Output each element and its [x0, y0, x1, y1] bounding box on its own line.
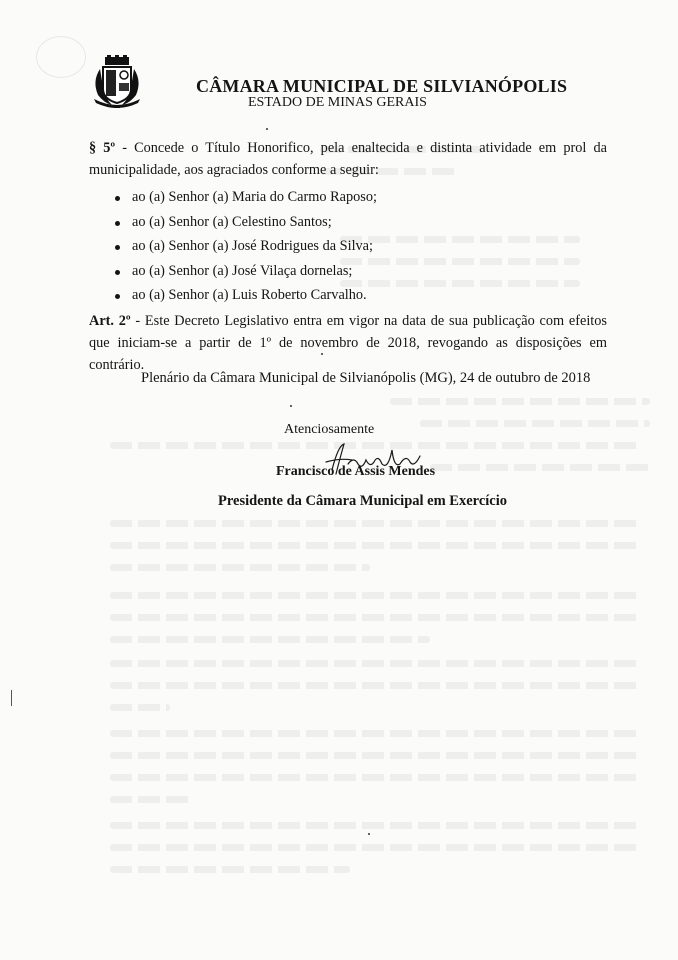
- municipal-coat-of-arms-icon: [88, 55, 146, 110]
- place-and-date: Plenário da Câmara Municipal de Silvianó…: [141, 370, 590, 387]
- scan-edge-mark: [11, 690, 12, 706]
- list-item: ao (a) Senhor (a) Celestino Santos;: [115, 211, 377, 236]
- faint-stamp: [36, 36, 86, 78]
- list-item: ao (a) Senhor (a) Luis Roberto Carvalho.: [115, 284, 377, 309]
- article-2-text: - Este Decreto Legislativo entra em vigo…: [89, 313, 607, 373]
- paper-speck: [290, 405, 292, 407]
- document-page: CÂMARA MUNICIPAL DE SILVIANÓPOLIS ESTADO…: [0, 0, 678, 960]
- paper-speck: [368, 833, 370, 835]
- paragraph-5-text: - Concede o Título Honorifico, pela enal…: [89, 140, 607, 178]
- article-2: Art. 2º - Este Decreto Legislativo entra…: [89, 310, 607, 376]
- list-item: ao (a) Senhor (a) José Vilaça dornelas;: [115, 260, 377, 285]
- institution-subtitle: ESTADO DE MINAS GERAIS: [248, 95, 427, 111]
- paragraph-5-label: § 5º: [89, 140, 115, 156]
- list-item: ao (a) Senhor (a) Maria do Carmo Raposo;: [115, 186, 377, 211]
- honorees-list: ao (a) Senhor (a) Maria do Carmo Raposo;…: [115, 186, 377, 309]
- paper-speck: [321, 353, 323, 355]
- paper-speck: [266, 128, 268, 130]
- paragraph-5: § 5º - Concede o Título Honorifico, pela…: [89, 137, 607, 181]
- list-item: ao (a) Senhor (a) José Rodrigues da Silv…: [115, 235, 377, 260]
- signer-role: Presidente da Câmara Municipal em Exercí…: [218, 493, 507, 510]
- closing-salutation: Atenciosamente: [284, 422, 374, 438]
- institution-title: CÂMARA MUNICIPAL DE SILVIANÓPOLIS: [196, 76, 567, 97]
- signer-name: Francisco de Assis Mendes: [276, 464, 435, 480]
- article-2-label: Art. 2º: [89, 313, 131, 329]
